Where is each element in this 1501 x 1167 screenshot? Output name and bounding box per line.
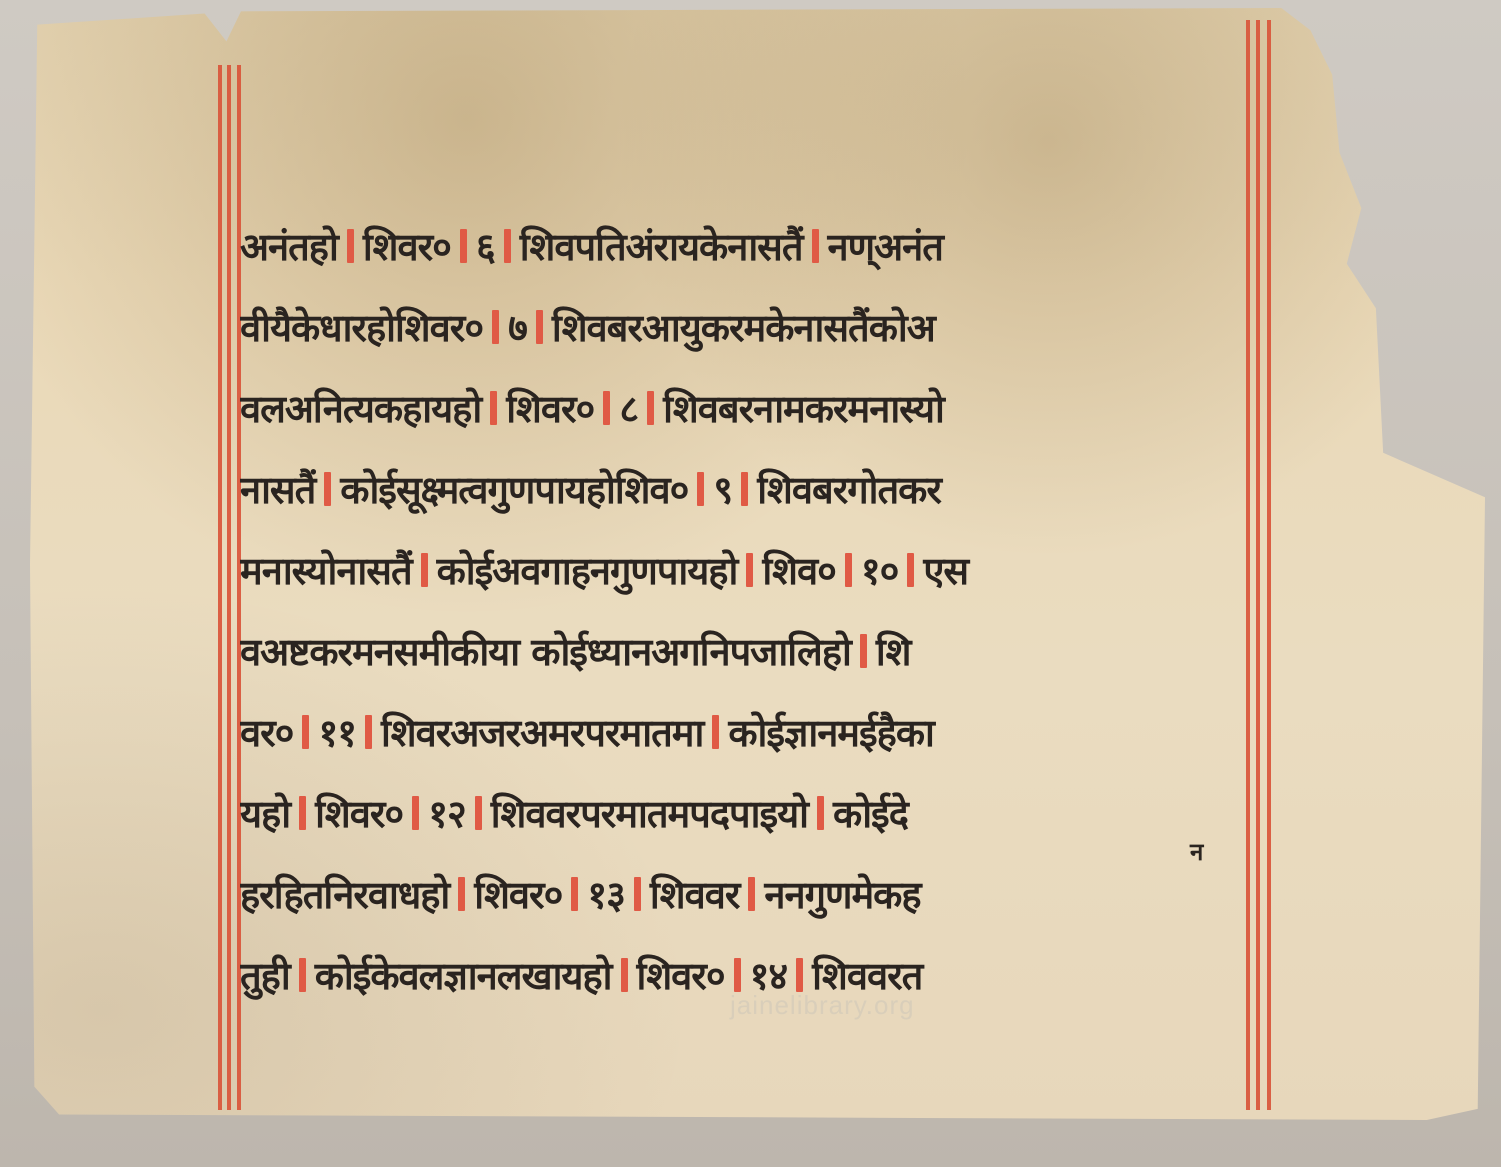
rubric-danda	[860, 634, 867, 668]
text-segment: कोईज्ञानमईहैका	[728, 706, 934, 758]
text-line: वर० ११ शिवरअजरअमरपरमातमा कोईज्ञानमईहैका	[240, 691, 1250, 772]
rubric-danda	[458, 877, 465, 911]
text-segment: वअष्टकरमनसमीकीया कोईध्यानअगनिपजालिहो	[240, 625, 851, 677]
text-segment: शिवर०	[315, 787, 403, 839]
rubric-danda	[299, 796, 306, 830]
text-segment: शिवपतिअंरायकेनासतैं	[520, 220, 803, 272]
text-segment: कोईकेवलज्ञानलखायहो	[315, 949, 612, 1001]
text-segment: शिवरअजरअमरपरमातमा	[381, 706, 703, 758]
text-segment: शिवबरआयुकरमकेनासतैंकोअ	[552, 301, 935, 353]
text-segment: शिववरपरमातमपदपाइयो	[491, 787, 808, 839]
watermark: jainelibrary.org	[730, 990, 915, 1021]
rubric-danda	[347, 229, 354, 263]
rubric-danda	[748, 877, 755, 911]
scan-background: अनंतहो शिवर० ६ शिवपतिअंरायकेनासतैं नण्अन…	[0, 0, 1501, 1167]
right-margin-rule	[1267, 20, 1271, 1110]
manuscript-text: अनंतहो शिवर० ६ शिवपतिअंरायकेनासतैं नण्अन…	[240, 205, 1250, 1015]
text-segment: शिवबरगोतकर	[757, 463, 941, 515]
text-line: यहो शिवर० १२ शिववरपरमातमपदपाइयो कोईदे	[240, 772, 1250, 853]
verse-number: ६	[476, 220, 495, 272]
text-segment: वीयैकेधारहोशिवर०	[240, 301, 483, 353]
text-segment: शिववर	[650, 868, 739, 920]
rubric-danda	[475, 796, 482, 830]
text-segment: नण्अनंत	[828, 220, 943, 272]
text-segment: कोईदे	[833, 787, 908, 839]
rubric-danda	[845, 553, 852, 587]
rubric-danda	[712, 715, 719, 749]
text-line: मनास्योनासतैं कोईअवगाहनगुणपायहो शिव० १० …	[240, 529, 1250, 610]
rubric-danda	[365, 715, 372, 749]
text-segment: कोईसूक्ष्मत्वगुणपायहोशिव०	[340, 463, 688, 515]
text-line: वअष्टकरमनसमीकीया कोईध्यानअगनिपजालिहो शि	[240, 610, 1250, 691]
text-segment: हरहितनिरवाधहो	[240, 868, 449, 920]
text-segment: शिवर०	[506, 382, 594, 434]
rubric-danda	[734, 958, 741, 992]
text-segment: ननगुणमेकह	[764, 868, 920, 920]
text-segment: शिवर०	[474, 868, 562, 920]
rubric-danda	[741, 472, 748, 506]
text-segment: मनास्योनासतैं	[240, 544, 412, 596]
rubric-danda	[621, 958, 628, 992]
rubric-danda	[746, 553, 753, 587]
rubric-danda	[796, 958, 803, 992]
rubric-danda	[302, 715, 309, 749]
text-segment: शि	[876, 625, 911, 677]
text-segment: शिवर०	[363, 220, 451, 272]
rubric-danda	[647, 391, 654, 425]
verse-number: ८	[619, 382, 638, 434]
rubric-danda	[634, 877, 641, 911]
rubric-danda	[571, 877, 578, 911]
text-line: अनंतहो शिवर० ६ शिवपतिअंरायकेनासतैं नण्अन…	[240, 205, 1250, 286]
rubric-danda	[412, 796, 419, 830]
rubric-danda	[460, 229, 467, 263]
text-line: नासतैं कोईसूक्ष्मत्वगुणपायहोशिव० ९ शिवबर…	[240, 448, 1250, 529]
right-margin-rule	[1256, 20, 1260, 1110]
rubric-danda	[697, 472, 704, 506]
text-segment: यहो	[240, 787, 290, 839]
text-segment: नासतैं	[240, 463, 315, 515]
text-segment: एस	[923, 544, 968, 596]
text-segment: शिवबरनामकरमनास्यो	[663, 382, 944, 434]
text-segment: तुही	[240, 949, 290, 1001]
rubric-danda	[492, 310, 499, 344]
left-margin-rule	[227, 65, 231, 1110]
marginal-insertion-mark: न	[1190, 835, 1203, 868]
rubric-danda	[536, 310, 543, 344]
verse-number: ११	[318, 706, 356, 758]
verse-number: ९	[713, 463, 732, 515]
rubric-danda	[421, 553, 428, 587]
text-line: हरहितनिरवाधहो शिवर० १३ शिववर ननगुणमेकह	[240, 853, 1250, 934]
text-line: वीयैकेधारहोशिवर० ७ शिवबरआयुकरमकेनासतैंको…	[240, 286, 1250, 367]
rubric-danda	[490, 391, 497, 425]
verse-number: १०	[861, 544, 899, 596]
rubric-danda	[299, 958, 306, 992]
left-margin-rule	[218, 65, 222, 1110]
rubric-danda	[907, 553, 914, 587]
text-segment: वर०	[240, 706, 293, 758]
text-segment: कोईअवगाहनगुणपायहो	[437, 544, 738, 596]
verse-number: १२	[428, 787, 466, 839]
text-segment: शिवर०	[637, 949, 725, 1001]
rubric-danda	[504, 229, 511, 263]
rubric-danda	[817, 796, 824, 830]
rubric-danda	[603, 391, 610, 425]
text-segment: वलअनित्यकहायहो	[240, 382, 481, 434]
text-segment: अनंतहो	[240, 220, 338, 272]
text-line: वलअनित्यकहायहो शिवर० ८ शिवबरनामकरमनास्यो	[240, 367, 1250, 448]
rubric-danda	[812, 229, 819, 263]
verse-number: ७	[508, 301, 527, 353]
verse-number: १३	[587, 868, 625, 920]
text-segment: शिव०	[762, 544, 836, 596]
rubric-danda	[324, 472, 331, 506]
